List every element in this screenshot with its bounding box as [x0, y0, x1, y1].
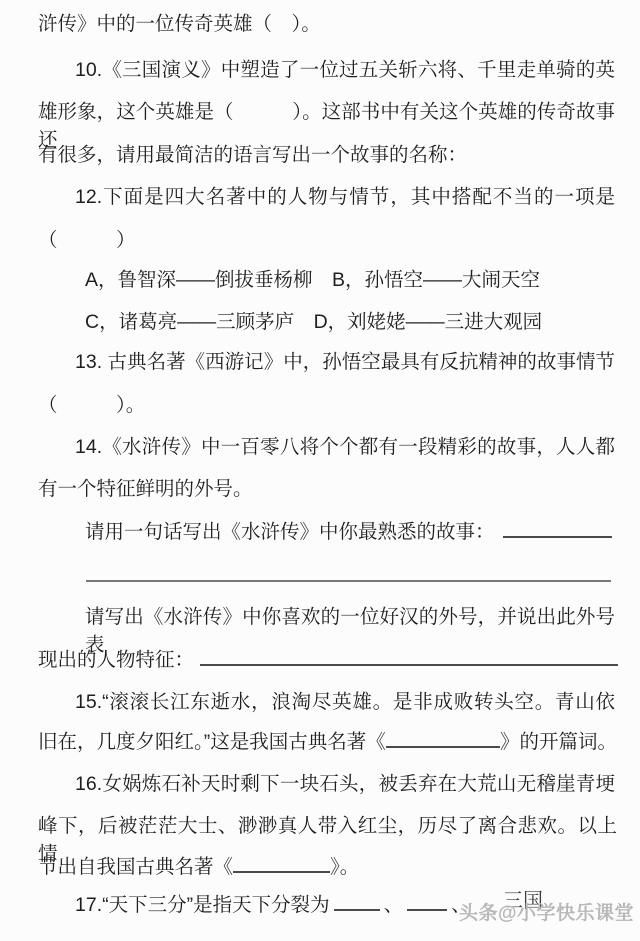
answer-blank-full-width: [86, 562, 611, 582]
answer-blank: [233, 856, 330, 873]
q17-text: 17.“天下三分”是指天下分裂为: [75, 894, 330, 916]
doc-line-q14-2: 有一个特征鲜明的外号。: [38, 475, 253, 503]
prompt1-label: 请用一句话写出《水浒传》中你最熟悉的故事：: [85, 518, 495, 546]
q17-separator-1: 、: [384, 894, 404, 916]
doc-line-q16-2: 峰下，后被茫茫大士、渺渺真人带入红尘，历尽了离合悲欢。以上情: [38, 812, 617, 840]
q15-post-blank-text: 》的开篇词。: [500, 728, 617, 756]
worksheet-page: 浒传》中的一位传奇英雄（ ）。 10.《三国演义》中塑造了一位过五关斩六将、千里…: [0, 0, 640, 941]
doc-line-q13-1: 13. 古典名著《西游记》中，孙悟空最具有反抗精神的故事情节: [75, 348, 615, 376]
doc-line-q10-3: 有很多，请用最简洁的语言写出一个故事的名称：: [38, 141, 467, 169]
doc-line-q14-prompt2-1: 请写出《水浒传》中你喜欢的一位好汉的外号，并说出此外号表: [85, 603, 615, 631]
doc-line-q17: 17.“天下三分”是指天下分裂为、、: [75, 891, 471, 919]
q15-pre-blank-text: 旧在，几度夕阳红。”这是我国古典名著《: [38, 728, 386, 756]
doc-line-q12-options-cd: C，诸葛亮——三顾茅庐 D，刘姥姥——三进大观园: [85, 308, 542, 336]
watermark-text: 头条@小学快乐课堂: [459, 898, 634, 925]
doc-line-q16-3: 节出自我国古典名著《》。: [38, 853, 359, 881]
doc-line-q10-2: 雄形象，这个英雄是（ ）。这部书中有关这个英雄的传奇故事还: [38, 98, 615, 126]
doc-line-q16-1: 16.女娲炼石补天时剩下一块石头，被丢弃在大荒山无稽崖青埂: [75, 770, 615, 798]
doc-line-q12-brackets: （ ）: [38, 226, 136, 254]
answer-blank: [407, 894, 447, 911]
answer-blank: [200, 649, 618, 666]
doc-line-answer-rule: [86, 562, 611, 590]
doc-line-q9-cont: 浒传》中的一位传奇英雄（ ）。: [38, 10, 321, 38]
doc-line-q14-1: 14.《水浒传》中一百零八将个个都有一段精彩的故事，人人都: [75, 433, 615, 461]
doc-line-q12-1: 12.下面是四大名著中的人物与情节，其中搭配不当的一项是: [75, 183, 615, 211]
doc-line-q12-options-ab: A，鲁智深——倒拔垂杨柳 B，孙悟空——大闹天空: [85, 266, 540, 294]
q16-pre-blank-text: 节出自我国古典名著《: [38, 856, 233, 878]
answer-blank: [334, 894, 380, 911]
answer-blank: [503, 521, 612, 538]
prompt2-label: 现出的人物特征：: [38, 646, 194, 674]
doc-line-q10-1: 10.《三国演义》中塑造了一位过五关斩六将、千里走单骑的英: [75, 56, 615, 84]
q16-post-blank-text: 》。: [330, 856, 359, 878]
doc-line-q15-1: 15.“滚滚长江东逝水，浪淘尽英雄。是非成败转头空。青山依: [75, 688, 615, 716]
doc-line-q13-brackets: （ ）。: [38, 391, 145, 419]
doc-line-q15-2: 旧在，几度夕阳红。”这是我国古典名著《 》的开篇词。: [38, 728, 617, 756]
doc-line-q14-prompt2-2: 现出的人物特征：: [38, 646, 618, 674]
doc-line-q14-prompt1: 请用一句话写出《水浒传》中你最熟悉的故事：: [85, 518, 612, 546]
answer-blank: [386, 731, 500, 748]
